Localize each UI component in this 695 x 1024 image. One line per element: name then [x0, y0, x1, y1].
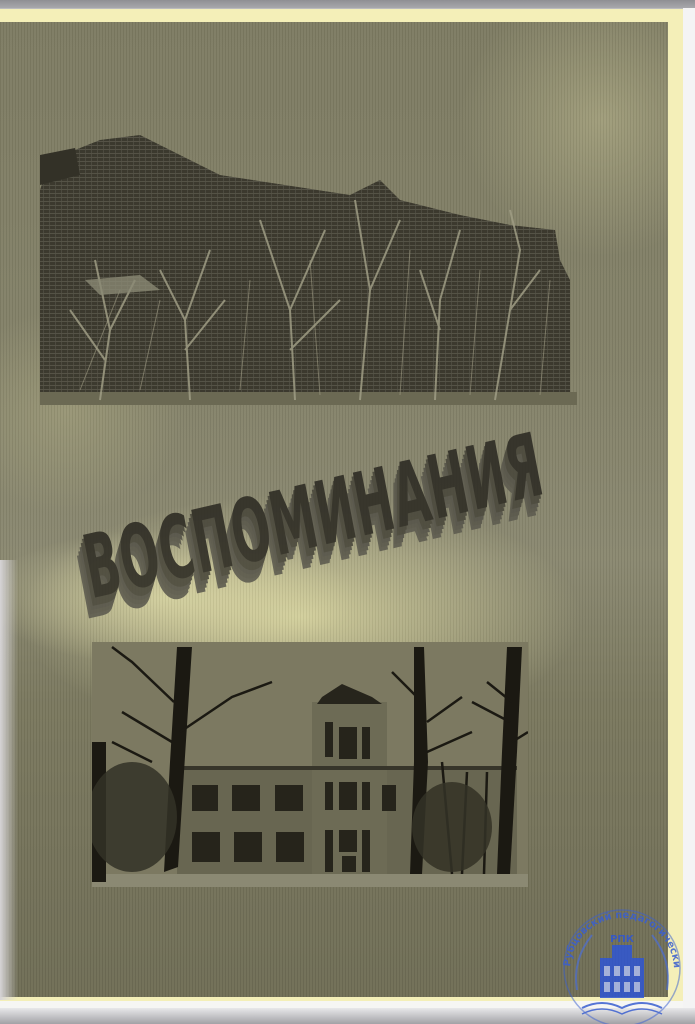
scan-right-edge — [683, 8, 695, 1008]
top-building-illustration — [40, 130, 577, 405]
title-text: ВОСПОМИНАНИЯ — [76, 413, 552, 619]
library-stamp: Рубцовский педагогический колледж РПК — [552, 900, 692, 1024]
bottom-photo — [92, 642, 528, 887]
svg-text:РПК: РПК — [610, 934, 635, 945]
cover-title: ВОСПОМИНАНИЯ — [85, 415, 565, 615]
left-edge-smudge — [0, 560, 18, 1000]
stamp-emblem: Рубцовский педагогический колледж РПК — [552, 900, 692, 1024]
bottom-building-illustration — [92, 642, 528, 887]
top-photo — [40, 130, 577, 405]
